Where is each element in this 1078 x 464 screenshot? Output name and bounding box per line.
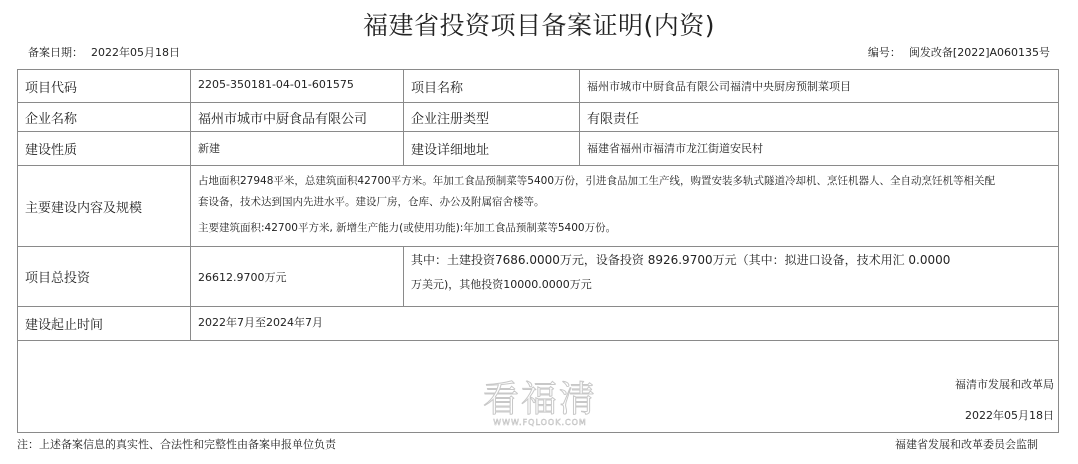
content-line-1: 占地面积27948平米，总建筑面积42700平方米。年加工食品预制菜等5400万… (198, 171, 1058, 192)
document-number: 编号：闽发改备[2022]A060135号 (868, 44, 1050, 60)
investment-total: 26612.9700万元 (191, 247, 403, 306)
company-type-label: 企业注册类型 (404, 103, 579, 131)
address-value: 福建省福州市福清市龙江街道安民村 (580, 132, 1058, 165)
footer-note: 注：上述备案信息的真实性、合法性和完整性由备案申报单位负责 (17, 436, 336, 452)
document-number-value: 闽发改备[2022]A060135号 (909, 46, 1050, 59)
issue-date: 2022年05月18日 (965, 407, 1054, 423)
footer-supervisor: 福建省发展和改革委员会监制 (895, 436, 1038, 452)
project-code-value: 2205-350181-04-01-601575 (191, 70, 403, 102)
address-label: 建设详细地址 (404, 132, 579, 165)
column-divider (403, 246, 404, 306)
filing-date-value: 2022年05月18日 (91, 46, 180, 59)
investment-detail-line-2: 万美元)，其他投资10000.0000万元 (411, 274, 1051, 295)
investment-label: 项目总投资 (18, 247, 190, 306)
project-code-label: 项目代码 (18, 70, 190, 102)
company-type-value: 有限责任 (580, 103, 1058, 131)
project-name-label: 项目名称 (404, 70, 579, 102)
row-divider (18, 340, 1058, 341)
content-label: 主要建设内容及规模 (18, 166, 190, 246)
project-name-value: 福州市城市中厨食品有限公司福清中央厨房预制菜项目 (580, 70, 1058, 102)
document-number-label: 编号： (868, 46, 901, 59)
document-title: 福建省投资项目备案证明(内资) (0, 6, 1078, 42)
filing-date: 备案日期：2022年05月18日 (28, 44, 188, 60)
company-name-value: 福州市城市中厨食品有限公司 (191, 103, 403, 131)
content-line-3: 主要建筑面积:42700平方米, 新增生产能力(或使用功能):年加工食品预制菜等… (198, 218, 1058, 239)
issuing-organization: 福清市发展和改革局 (955, 376, 1054, 392)
period-value: 2022年7月至2024年7月 (191, 307, 1051, 340)
construction-nature-label: 建设性质 (18, 132, 190, 165)
content-line-2: 套设备，技术达到国内先进水平。建设厂房，仓库、办公及附属宿舍楼等。 (198, 192, 1058, 213)
construction-nature-value: 新建 (191, 132, 403, 165)
company-name-label: 企业名称 (18, 103, 190, 131)
investment-detail-line-1: 其中：土建投资7686.0000万元，设备投资 8926.9700万元（其中：拟… (411, 250, 1051, 271)
period-label: 建设起止时间 (18, 307, 190, 340)
record-table: 项目代码 2205-350181-04-01-601575 项目名称 福州市城市… (17, 69, 1059, 433)
filing-date-label: 备案日期： (28, 46, 83, 59)
